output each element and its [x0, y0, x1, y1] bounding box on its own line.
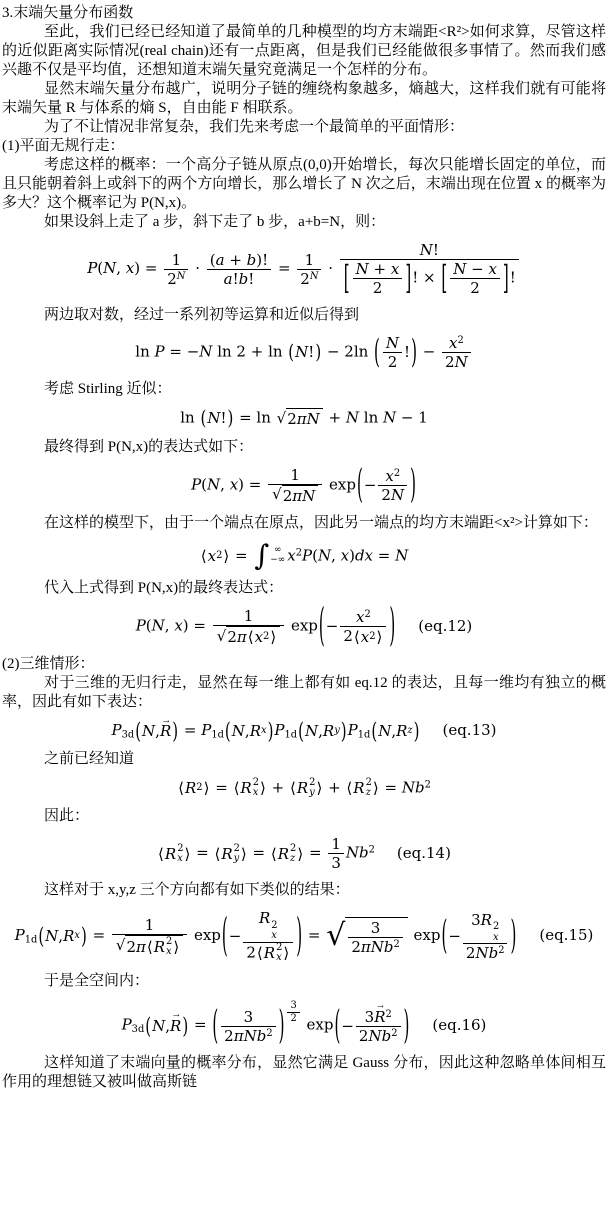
equation-label: (eq.13): [442, 721, 496, 739]
equation-log-expansion: ln P = −N ln 2 + ln (N!) − 2ln (N2!) − x…: [2, 334, 606, 371]
paragraph-full-space: 于是全空间内：: [2, 972, 606, 991]
paragraph-msd: 在这样的模型下，由于一个端点在原点，因此另一端点的均方末端距<x²>计算如下：: [2, 514, 606, 533]
paragraph-xyz: 这样对于 x,y,z 三个方向都有如下类似的结果：: [2, 881, 606, 900]
doc-title: 3.末端矢量分布函数: [2, 4, 606, 23]
paragraph-known: 之前已经知道: [2, 750, 606, 769]
paragraph-take-log: 两边取对数，经过一系列初等运算和近似后得到: [2, 306, 606, 325]
equation-binomial-probability: P(N, x) = 12N · (a + b)!a!b! = 12N · N![…: [2, 241, 606, 297]
equation-label: (eq.14): [397, 844, 451, 862]
equation-eq13: P3d(N, R) = P1d(N, Rx)P1d(N, Ry)P1d(N, R…: [2, 721, 606, 740]
paragraph-steps: 如果设斜上走了 a 步，斜下走了 b 步，a+b=N，则：: [2, 213, 606, 232]
equation-label: (eq.16): [432, 1016, 486, 1034]
paragraph-substitute: 代入上式得到 P(N,x)的最终表达式：: [2, 579, 606, 598]
paragraph-entropy: 显然末端矢量分布越广，说明分子链的缠绕构象越多，熵越大，这样我们就有可能将末端矢…: [2, 80, 606, 118]
equation-mean-square: ⟨x2⟩ = ∫∞−∞x2P(N, x)dx = N: [2, 542, 606, 571]
equation-label: (eq.15): [539, 926, 593, 944]
equation-gaussian-n: P(N, x) = 1√2πN exp(− x22N): [2, 466, 606, 505]
equation-eq14: ⟨R2x⟩ = ⟨R2y⟩ = ⟨R2z⟩ = 13Nb2(eq.14): [2, 835, 606, 872]
equation-stirling: ln (N!) = ln √2πN + N ln N − 1: [2, 408, 606, 429]
equation-eq15: P1d(N, Rx) = 1√2π⟨R2x⟩ exp(− R2x2⟨R2x⟩) …: [2, 909, 606, 963]
equation-eq16: P3d(N, R) = (32πNb2)32 exp(− 3R22Nb2)(eq…: [2, 1000, 606, 1044]
paragraph-conclusion: 这样知道了末端向量的概率分布，显然它满足 Gauss 分布，因此这种忽略单体间相…: [2, 1054, 606, 1092]
paragraph-intro: 至此，我们已经已经知道了最简单的几种模型的均方末端距<R²>如何求算，尽管这样的…: [2, 23, 606, 80]
equation-eq12: P(N, x) = 1√2π⟨x2⟩ exp(− x22⟨x2⟩)(eq.12): [2, 607, 606, 646]
equation-r2-sum: ⟨R2⟩ = ⟨R2x⟩ + ⟨R2y⟩ + ⟨R2z⟩ = Nb2: [2, 778, 606, 799]
paragraph-simplify: 为了不让情况非常复杂，我们先来考虑一个最简单的平面情形：: [2, 118, 606, 137]
paragraph-therefore: 因此：: [2, 807, 606, 826]
section-heading-2: (2)三维情形：: [2, 655, 606, 674]
equation-label: (eq.12): [418, 617, 472, 635]
section-heading-1: (1)平面无规行走：: [2, 137, 606, 156]
paragraph-final-pnx: 最终得到 P(N,x)的表达式如下：: [2, 438, 606, 457]
paragraph-3d: 对于三维的无归行走，显然在每一维上都有如 eq.12 的表达，且每一维均有独立的…: [2, 674, 606, 712]
document-page: 3.末端矢量分布函数至此，我们已经已经知道了最简单的几种模型的均方末端距<R²>…: [0, 0, 609, 1206]
paragraph-stirling: 考虑 Stirling 近似：: [2, 380, 606, 399]
paragraph-random-walk: 考虑这样的概率：一个高分子链从原点(0,0)开始增长，每次只能增长固定的单位，而…: [2, 156, 606, 213]
